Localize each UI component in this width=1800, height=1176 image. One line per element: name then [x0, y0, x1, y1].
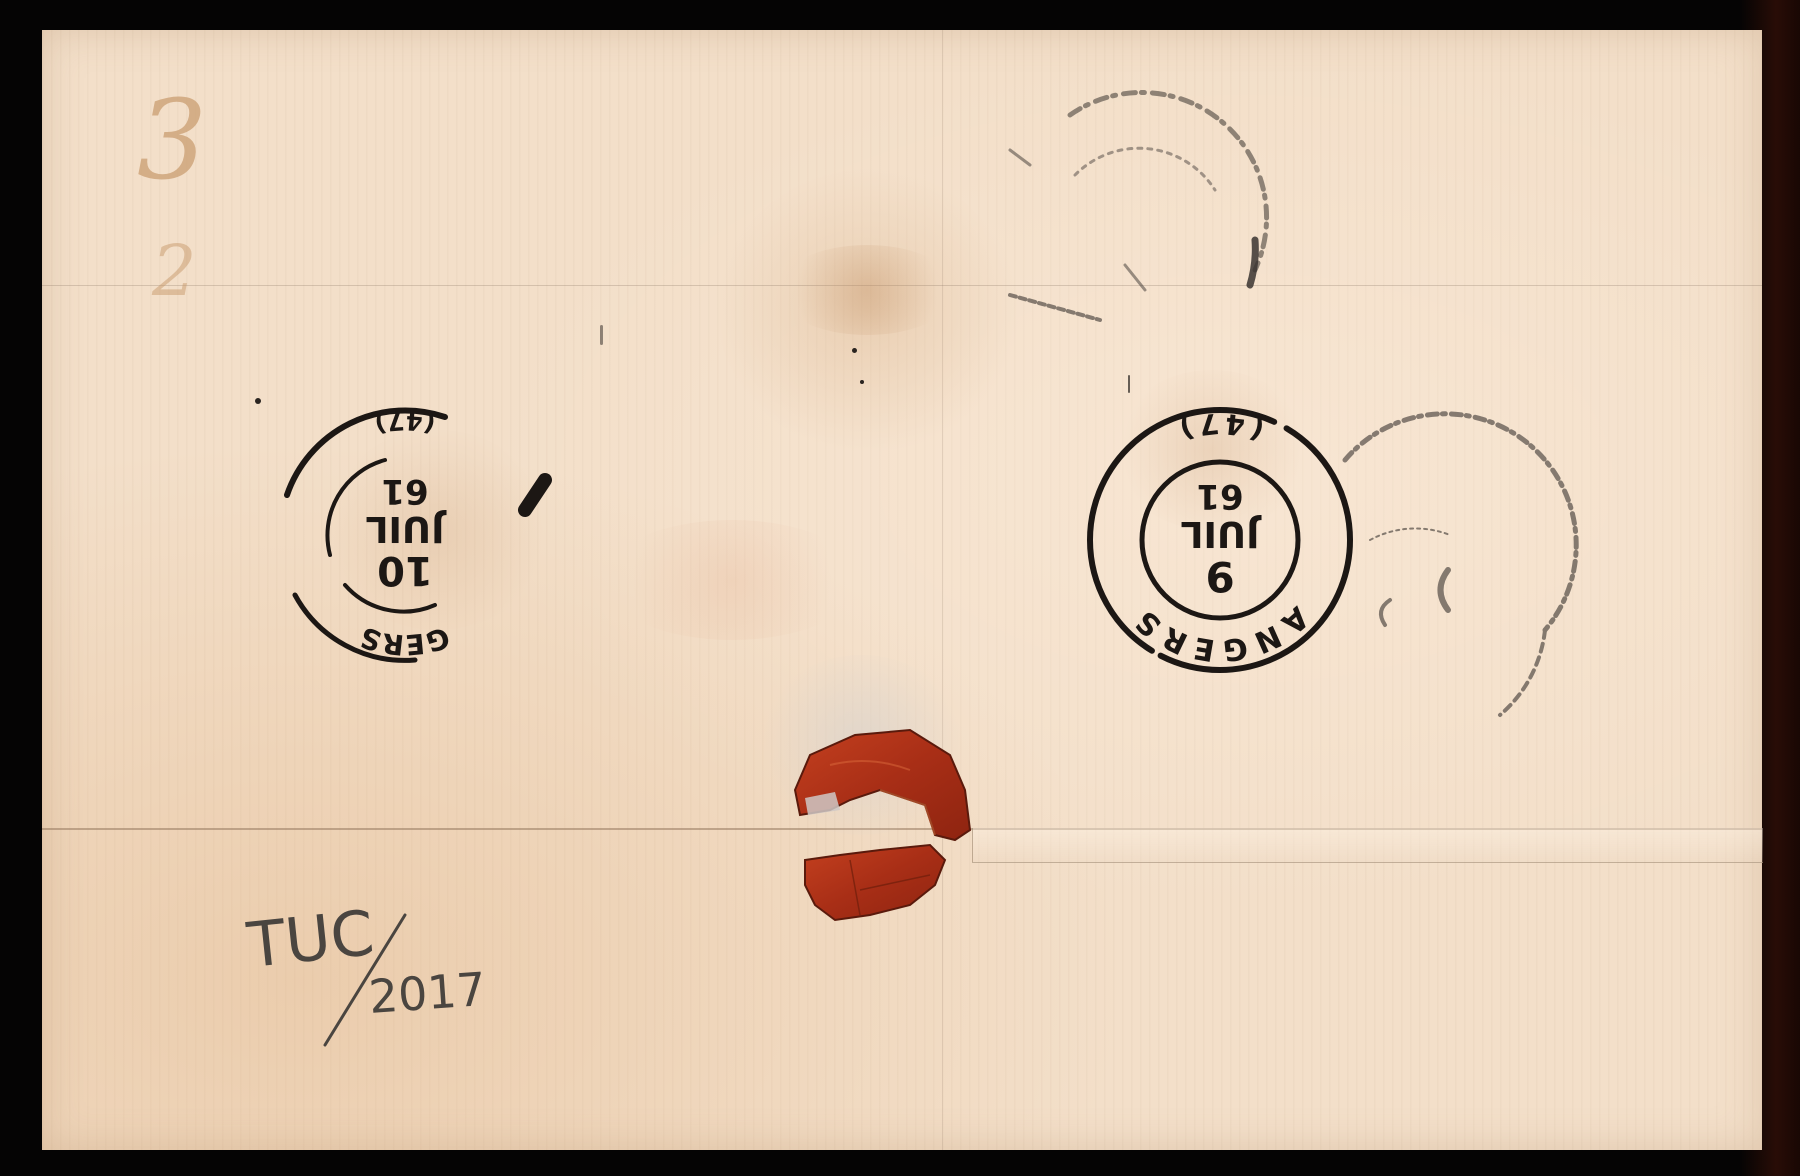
wax-seal	[760, 710, 1000, 940]
flap-fold-edge	[972, 828, 1763, 863]
pencil-year: 2017	[367, 962, 488, 1024]
left-postmark-day: 10	[377, 547, 433, 593]
right-postmark-month: JUIL	[1181, 513, 1263, 554]
right-date-postmark: 9 JUIL 61 ANGERS (47)	[1075, 395, 1365, 685]
manuscript-faint-mark: 2	[152, 230, 197, 312]
left-postmark-town: GERS	[356, 620, 454, 661]
ink-speck	[255, 398, 261, 404]
manuscript-numeral: 3	[137, 85, 207, 195]
right-postmark-year: 61	[1196, 476, 1243, 516]
ink-speck	[852, 348, 857, 353]
left-date-postmark: 10 JUIL 61 GERS (47)	[270, 390, 540, 680]
right-postmark-town: ANGERS	[1125, 599, 1316, 668]
vertical-crease	[942, 30, 943, 1150]
left-postmark-month: JUIL	[366, 508, 448, 549]
top-transit-postmark	[1000, 80, 1300, 340]
orange-offset-stain	[602, 520, 862, 640]
foxing-stain	[777, 245, 957, 335]
left-postmark-year: 61	[381, 471, 428, 511]
pencil-code: TUC	[243, 896, 377, 982]
right-postmark-day: 9	[1205, 552, 1234, 601]
ink-speck	[1128, 375, 1130, 393]
ink-speck	[600, 325, 603, 345]
ink-speck	[860, 380, 864, 384]
pencil-annotation: TUC 2017	[220, 885, 520, 1075]
